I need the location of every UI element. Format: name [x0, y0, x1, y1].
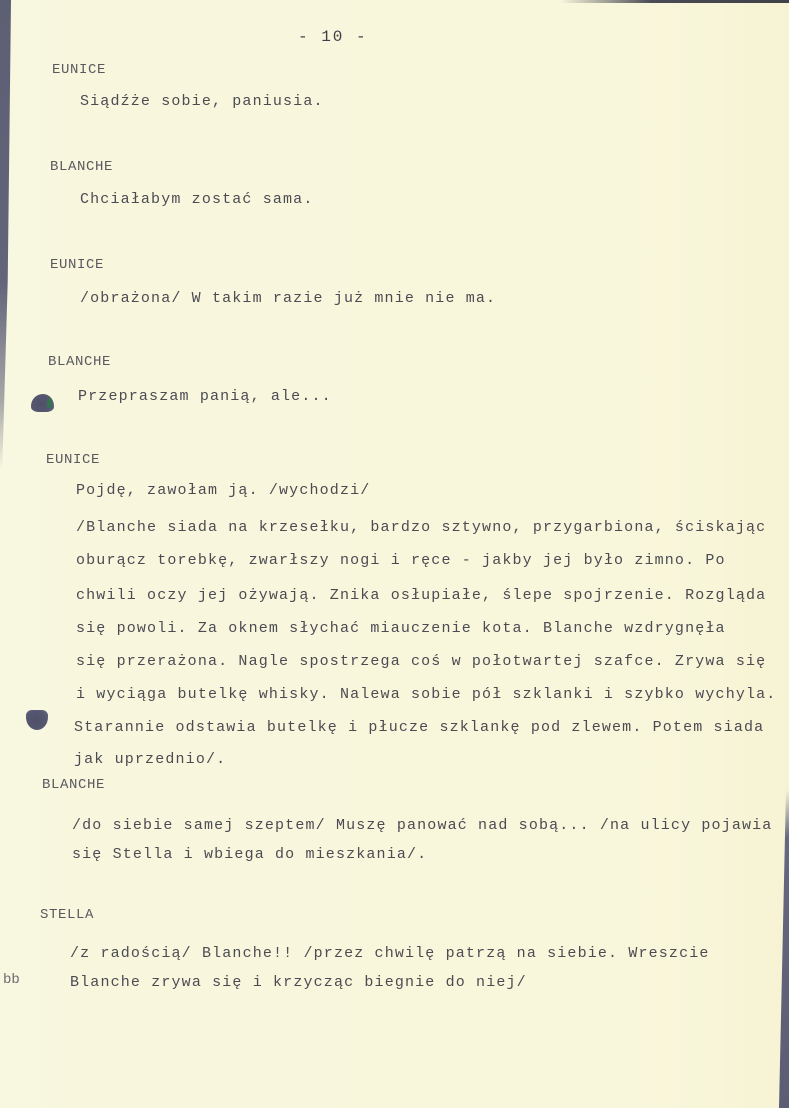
stage-direction-line: i wyciąga butelkę whisky. Nalewa sobie p…: [76, 686, 776, 704]
speaker-eunice: EUNICE: [50, 256, 104, 274]
stage-direction-line: jak uprzednio/.: [74, 751, 226, 769]
speaker-eunice: EUNICE: [46, 451, 100, 469]
stage-direction-line: się Stella i wbiega do mieszkania/.: [72, 846, 427, 864]
dialogue-line: /z radością/ Blanche!! /przez chwilę pat…: [70, 945, 710, 963]
speaker-blanche: BLANCHE: [48, 353, 111, 371]
speaker-blanche: BLANCHE: [42, 776, 105, 794]
dialogue-line: Przepraszam panią, ale...: [78, 388, 332, 406]
stage-direction-line: się powoli. Za oknem słychać miauczenie …: [76, 620, 726, 638]
stage-direction-line: chwili oczy jej ożywają. Znika osłupiałe…: [76, 587, 766, 605]
stage-direction-line: Starannie odstawia butelkę i płucze szkl…: [74, 719, 764, 737]
speaker-eunice: EUNICE: [52, 61, 106, 79]
dialogue-line: /do siebie samej szeptem/ Muszę panować …: [72, 817, 772, 835]
speaker-blanche: BLANCHE: [50, 158, 113, 176]
dialogue-line: Siądźże sobie, paniusia.: [80, 93, 324, 111]
page-number: - 10 -: [298, 28, 368, 46]
stage-direction-line: się przerażona. Nagle spostrzega coś w p…: [76, 653, 766, 671]
speaker-stella: STELLA: [40, 906, 94, 924]
stage-direction-line: oburącz torebkę, zwarłszy nogi i ręce - …: [76, 552, 726, 570]
scan-top-edge-shadow: [560, 0, 789, 3]
stage-direction-line: /Blanche siada na krzesełku, bardzo szty…: [76, 519, 766, 537]
dialogue-line: /obrażona/ W takim razie już mnie nie ma…: [80, 290, 496, 308]
stage-direction-line: Blanche zrywa się i krzycząc biegnie do …: [70, 974, 527, 992]
dialogue-line: Pojdę, zawołam ją. /wychodzi/: [76, 482, 370, 500]
ink-blot-mark: [31, 394, 54, 412]
margin-note: bb: [3, 972, 20, 988]
dialogue-line: Chciałabym zostać sama.: [80, 191, 313, 209]
